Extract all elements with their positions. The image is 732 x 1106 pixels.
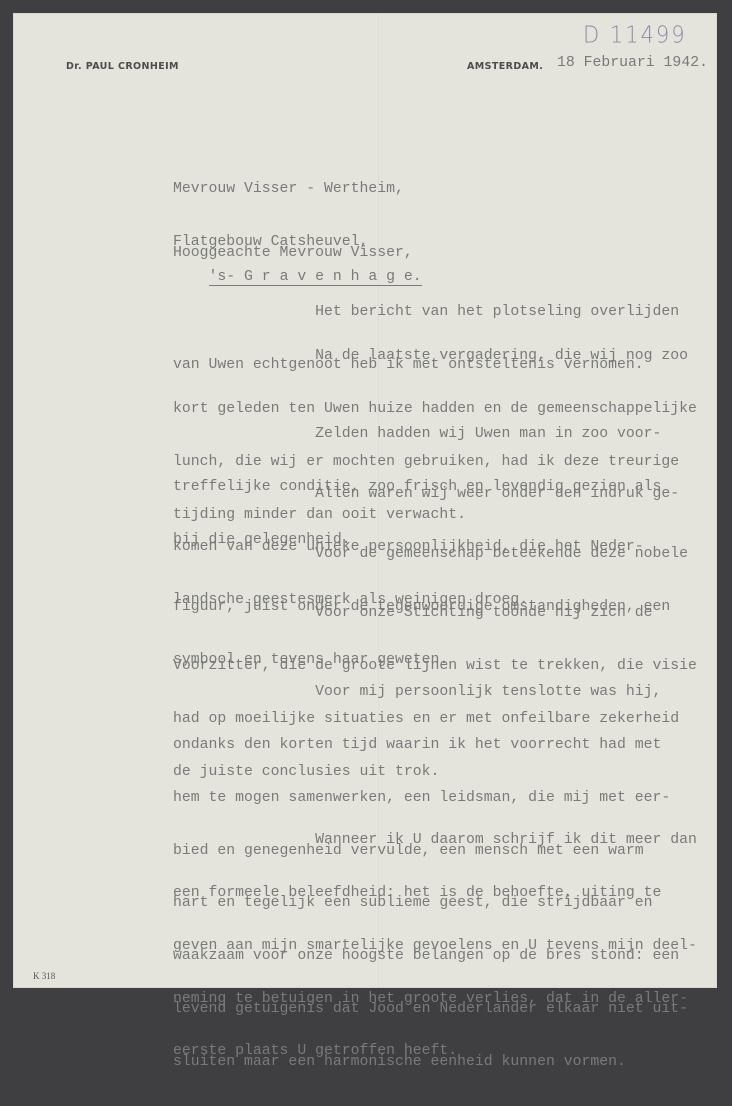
paragraph-line: geven aan mijn smartelijke gevoelens en … <box>173 938 697 956</box>
letter-date: 18 Februari 1942. <box>557 55 708 73</box>
paragraph-line: Allen waren wij weer onder den indruk ge… <box>173 486 679 504</box>
paragraph-line: neming te betuigen in het groote verlies… <box>173 991 697 1000</box>
paragraph-line: Wanneer ik U daarom schrijf ik dit meer … <box>173 832 697 850</box>
paragraph-line: Na de laatste vergadering, die wij nog z… <box>173 348 697 366</box>
archive-number: D 11499 <box>583 22 687 48</box>
paragraph-8: Wanneer ik U daarom schrijf ik dit meer … <box>173 797 697 1000</box>
letter-page: D 11499 Dr. PAUL CRONHEIM AMSTERDAM. 18 … <box>13 13 717 988</box>
paragraph-line: Voor de gemeenschap beteekende deze nobe… <box>173 546 688 564</box>
salutation: Hooggeachte Mevrouw Visser, <box>173 245 413 263</box>
address-line-name: Mevrouw Visser - Wertheim, <box>173 181 422 199</box>
paragraph-line: een formeele beleefdheid: het is de beho… <box>173 885 697 903</box>
form-code: K 318 <box>33 971 55 981</box>
paragraph-line: ondanks den korten tijd waarin ik het vo… <box>173 737 688 755</box>
paragraph-line: Voor mij persoonlijk tenslotte was hij, <box>173 684 688 702</box>
letterhead-sender: Dr. PAUL CRONHEIM <box>66 61 179 72</box>
paragraph-line: Voor onze Stichting toonde hij zich de <box>173 605 697 623</box>
letterhead-city: AMSTERDAM. <box>467 61 543 72</box>
paragraph-line: Zelden hadden wij Uwen man in zoo voor- <box>173 426 661 444</box>
